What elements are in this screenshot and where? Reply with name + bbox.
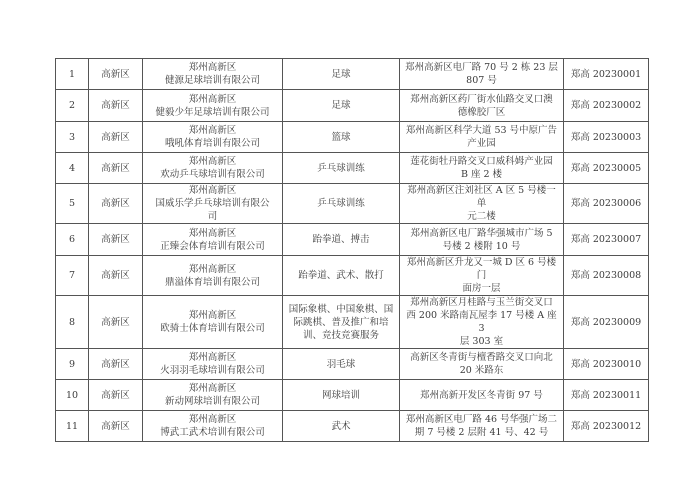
row-number: 10	[56, 380, 89, 411]
row-number: 6	[56, 224, 89, 256]
table-row: 8 高新区 郑州高新区欧骑士体育培训有限公司 国际象棋、中国象棋、国际跳棋、普及…	[56, 296, 649, 349]
address: 郑州高新区电厂路华强城市广场 5号楼 2 楼附 10 号	[400, 224, 564, 256]
address: 郑州高新区升龙又一城 D 区 6 号楼门面房一层	[400, 256, 564, 296]
license-number: 郑高 20230003	[564, 122, 649, 153]
row-number: 1	[56, 59, 89, 90]
training-activity: 足球	[283, 90, 400, 122]
address: 莲花街牡丹路交叉口威科姆产业园B 座 2 楼	[400, 153, 564, 184]
license-number: 郑高 20230006	[564, 184, 649, 224]
address: 郑州高新区月桂路与玉兰街交叉口西 200 米路南瓦屋李 17 号楼 A 座 3层…	[400, 296, 564, 349]
table-row: 1 高新区 郑州高新区健源足球培训有限公司 足球 郑州高新区电厂路 70 号 2…	[56, 59, 649, 90]
table-row: 7 高新区 郑州高新区鼎溢体育培训有限公司 跆拳道、武术、散打 郑州高新区升龙又…	[56, 256, 649, 296]
address: 郑州高新区电厂路 46 号华强广场二期 7 号楼 2 层附 41 号、42 号	[400, 411, 564, 442]
training-activity: 武术	[283, 411, 400, 442]
table-row: 3 高新区 郑州高新区哦吼体育培训有限公司 篮球 郑州高新区科学大道 53 号中…	[56, 122, 649, 153]
district: 高新区	[89, 59, 143, 90]
row-number: 8	[56, 296, 89, 349]
table-row: 4 高新区 郑州高新区欢动乒乓球培训有限公司 乒乓球训练 莲花街牡丹路交叉口威科…	[56, 153, 649, 184]
table-row: 5 高新区 郑州高新区国威乐学乒乓球培训有限公司 乒乓球训练 郑州高新区注刘社区…	[56, 184, 649, 224]
training-activity: 跆拳道、武术、散打	[283, 256, 400, 296]
training-activity: 乒乓球训练	[283, 184, 400, 224]
district: 高新区	[89, 296, 143, 349]
district: 高新区	[89, 411, 143, 442]
address: 高新区冬青街与檀香路交叉口向北20 米路东	[400, 349, 564, 380]
institution-name: 郑州高新区欧骑士体育培训有限公司	[143, 296, 283, 349]
training-activity: 跆拳道、搏击	[283, 224, 400, 256]
address: 郑州高新区药厂街水仙路交叉口澳德橡胶厂区	[400, 90, 564, 122]
district: 高新区	[89, 122, 143, 153]
license-number: 郑高 20230007	[564, 224, 649, 256]
training-activity: 乒乓球训练	[283, 153, 400, 184]
district: 高新区	[89, 380, 143, 411]
license-number: 郑高 20230009	[564, 296, 649, 349]
row-number: 4	[56, 153, 89, 184]
table-row: 9 高新区 郑州高新区火羽羽毛球培训有限公司 羽毛球 高新区冬青街与檀香路交叉口…	[56, 349, 649, 380]
license-number: 郑高 20230012	[564, 411, 649, 442]
row-number: 3	[56, 122, 89, 153]
district: 高新区	[89, 256, 143, 296]
address: 郑州高新开发区冬青街 97 号	[400, 380, 564, 411]
row-number: 2	[56, 90, 89, 122]
license-number: 郑高 20230005	[564, 153, 649, 184]
address: 郑州高新区电厂路 70 号 2 栋 23 层807 号	[400, 59, 564, 90]
institution-name: 郑州高新区鼎溢体育培训有限公司	[143, 256, 283, 296]
address: 郑州高新区科学大道 53 号中原广告产业园	[400, 122, 564, 153]
institution-name: 郑州高新区哦吼体育培训有限公司	[143, 122, 283, 153]
training-activity: 篮球	[283, 122, 400, 153]
license-number: 郑高 20230011	[564, 380, 649, 411]
training-activity: 羽毛球	[283, 349, 400, 380]
district: 高新区	[89, 184, 143, 224]
row-number: 7	[56, 256, 89, 296]
institution-table: 1 高新区 郑州高新区健源足球培训有限公司 足球 郑州高新区电厂路 70 号 2…	[55, 58, 649, 442]
table-row: 2 高新区 郑州高新区健毅少年足球培训有限公司 足球 郑州高新区药厂街水仙路交叉…	[56, 90, 649, 122]
district: 高新区	[89, 349, 143, 380]
address: 郑州高新区注刘社区 A 区 5 号楼一单元二楼	[400, 184, 564, 224]
license-number: 郑高 20230010	[564, 349, 649, 380]
district: 高新区	[89, 90, 143, 122]
license-number: 郑高 20230001	[564, 59, 649, 90]
row-number: 9	[56, 349, 89, 380]
institution-name: 郑州高新区火羽羽毛球培训有限公司	[143, 349, 283, 380]
table-row: 11 高新区 郑州高新区博武工武术培训有限公司 武术 郑州高新区电厂路 46 号…	[56, 411, 649, 442]
institution-name: 郑州高新区博武工武术培训有限公司	[143, 411, 283, 442]
training-activity: 国际象棋、中国象棋、国际跳棋、普及推广和培训、竞技竞赛服务	[283, 296, 400, 349]
row-number: 11	[56, 411, 89, 442]
institution-name: 郑州高新区正臻会体育培训有限公司	[143, 224, 283, 256]
district: 高新区	[89, 153, 143, 184]
institution-name: 郑州高新区国威乐学乒乓球培训有限公司	[143, 184, 283, 224]
training-activity: 网球培训	[283, 380, 400, 411]
institution-name: 郑州高新区健毅少年足球培训有限公司	[143, 90, 283, 122]
institution-name: 郑州高新区新动网球培训有限公司	[143, 380, 283, 411]
row-number: 5	[56, 184, 89, 224]
license-number: 郑高 20230008	[564, 256, 649, 296]
institution-name: 郑州高新区健源足球培训有限公司	[143, 59, 283, 90]
district: 高新区	[89, 224, 143, 256]
table-row: 10 高新区 郑州高新区新动网球培训有限公司 网球培训 郑州高新开发区冬青街 9…	[56, 380, 649, 411]
table-row: 6 高新区 郑州高新区正臻会体育培训有限公司 跆拳道、搏击 郑州高新区电厂路华强…	[56, 224, 649, 256]
license-number: 郑高 20230002	[564, 90, 649, 122]
institution-name: 郑州高新区欢动乒乓球培训有限公司	[143, 153, 283, 184]
training-activity: 足球	[283, 59, 400, 90]
